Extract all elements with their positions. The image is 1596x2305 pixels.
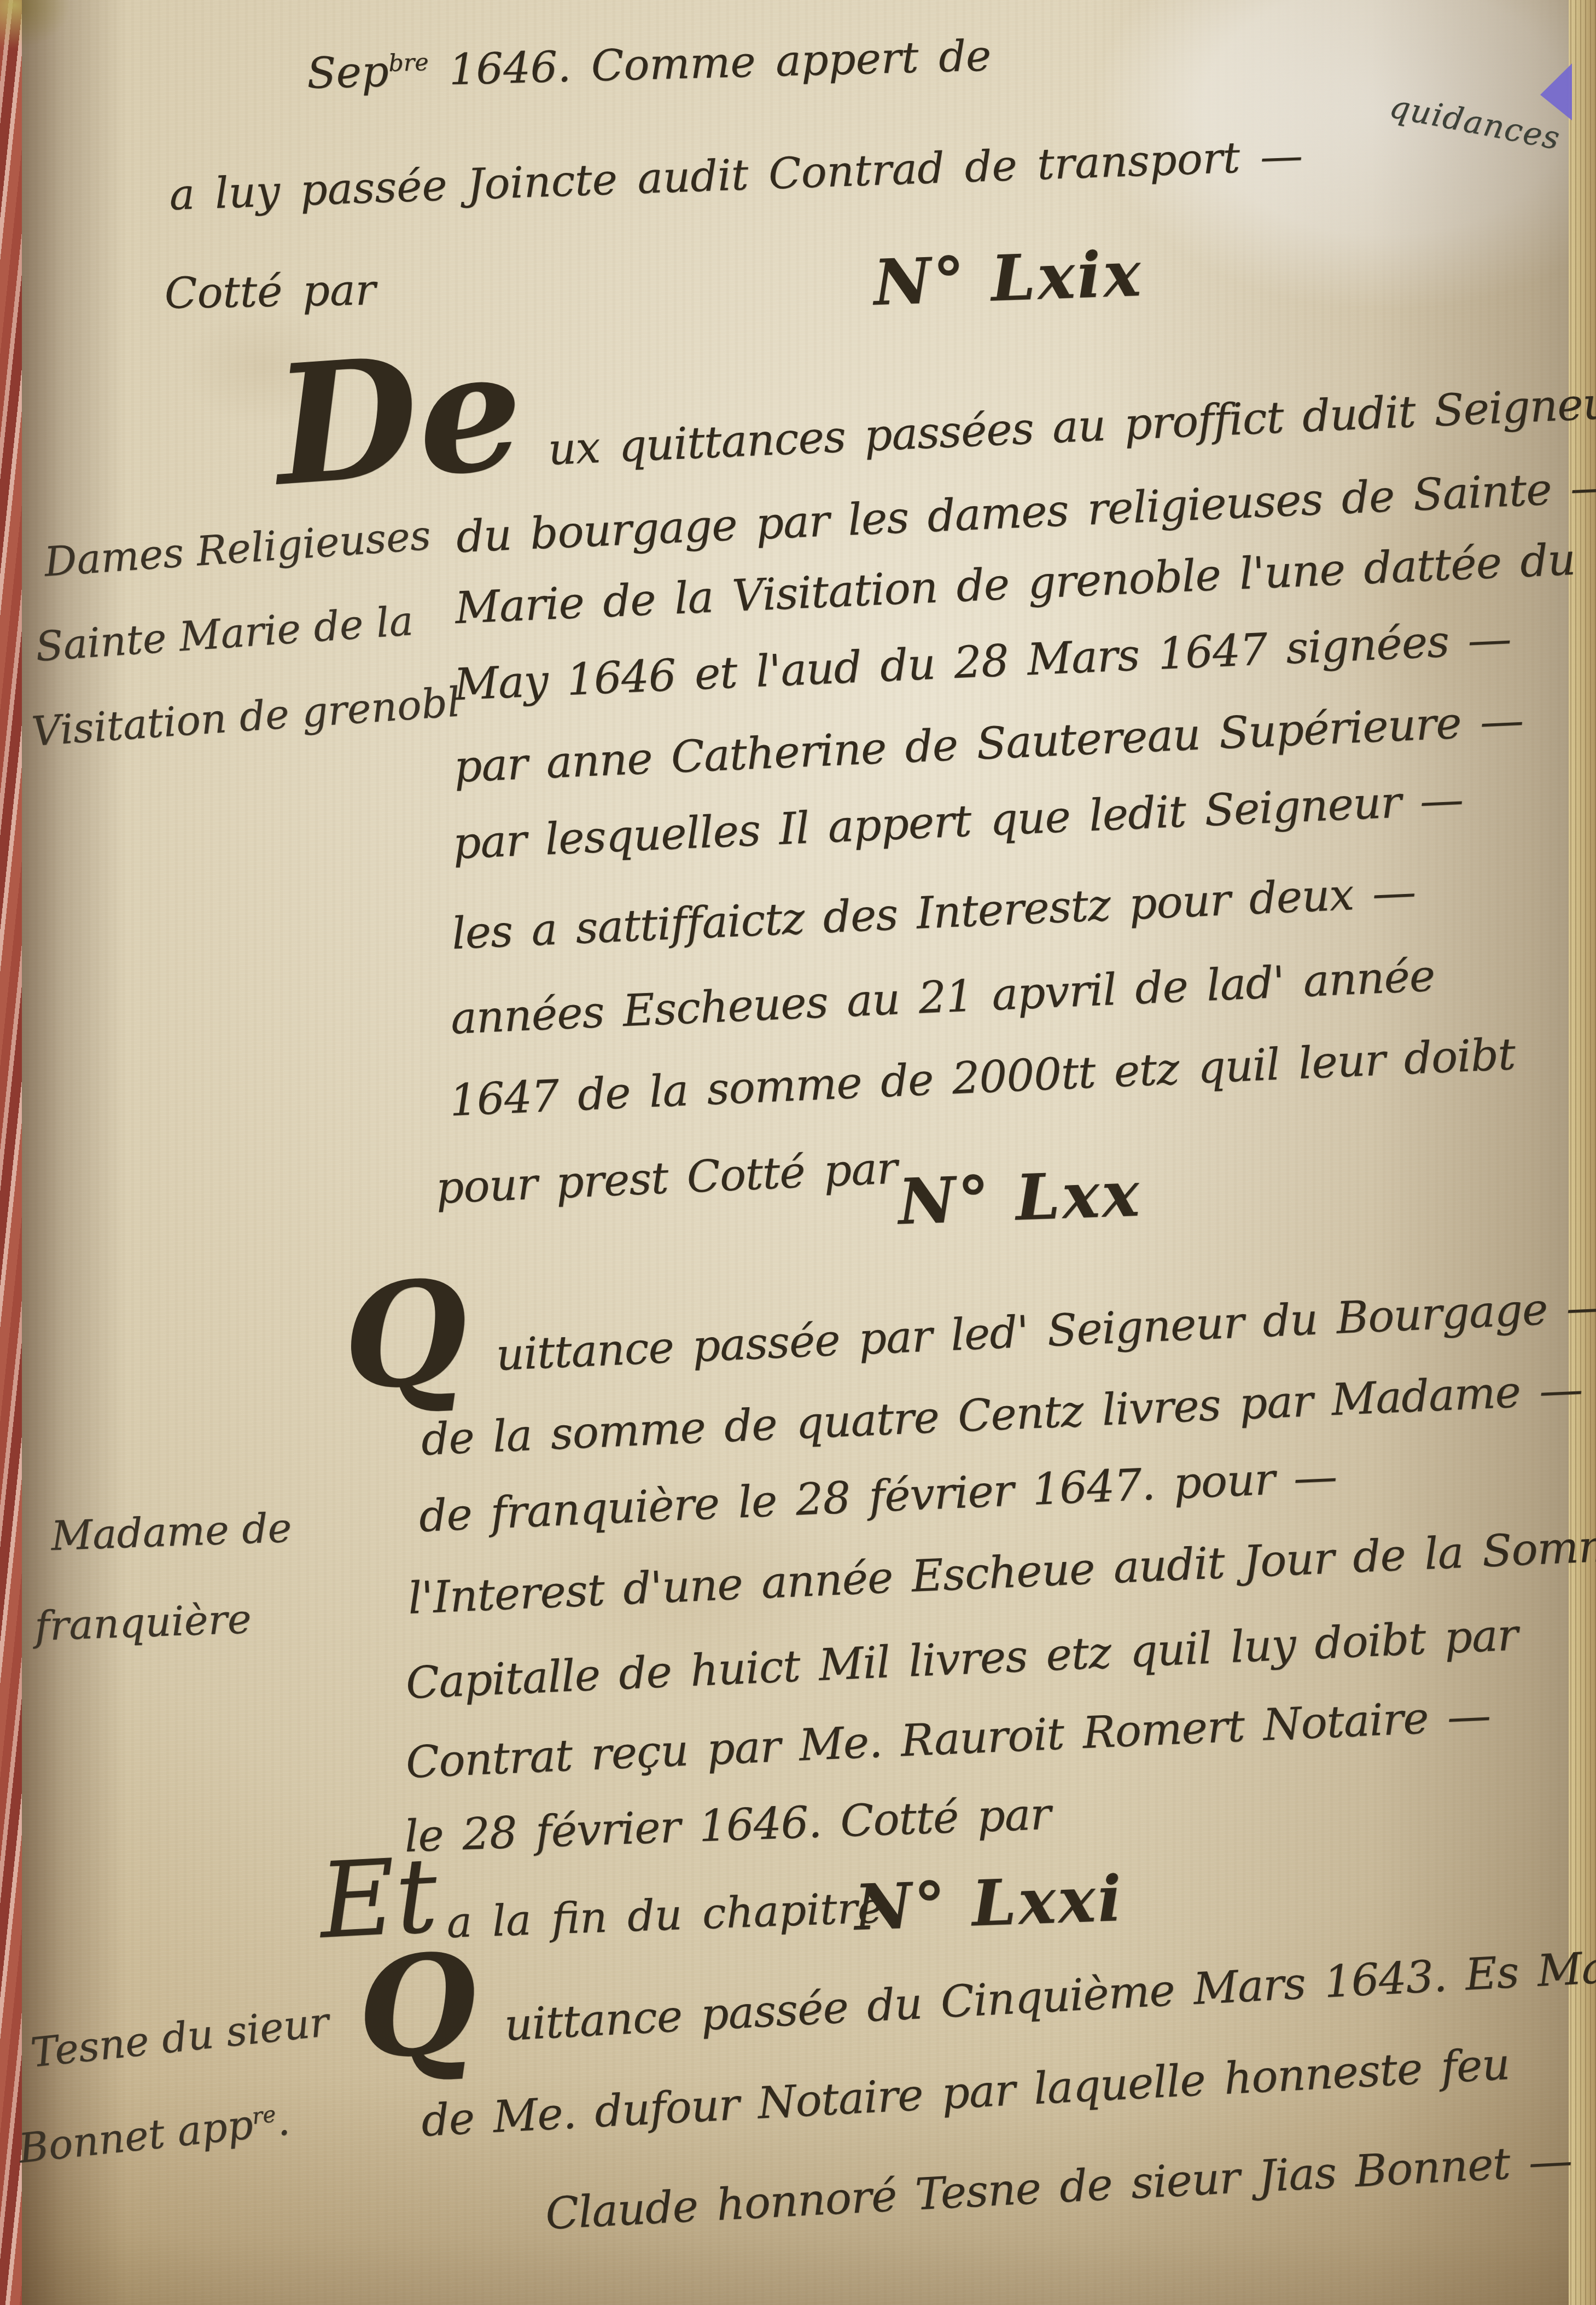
header-month: Sep <box>306 47 389 98</box>
manuscript-page: quidances Sepbre 1646. Comme appert de a… <box>0 0 1596 2305</box>
book-fore-edge-marbling <box>0 0 22 2305</box>
margin-note-2-line-2: franquière <box>34 1595 252 1650</box>
entry-3-drop-initial: Q <box>354 1942 480 2071</box>
header-numero: N° Lxix <box>872 237 1144 320</box>
header-month-superscript: bre <box>388 49 429 77</box>
header-cotte-label: Cotté par <box>164 265 376 318</box>
entry-2-numero: N° Lxxi <box>853 1862 1125 1945</box>
margin-note-2-line-1: Madame de <box>50 1505 293 1560</box>
entry-2-drop-initial: Q <box>340 1268 470 1403</box>
binding-gutter-shadow <box>22 0 126 2305</box>
entry-1-drop-initial: De <box>271 336 527 501</box>
entry-1-numero: N° Lxx <box>897 1157 1143 1239</box>
margin-note-3-superscript: re <box>251 2101 277 2129</box>
